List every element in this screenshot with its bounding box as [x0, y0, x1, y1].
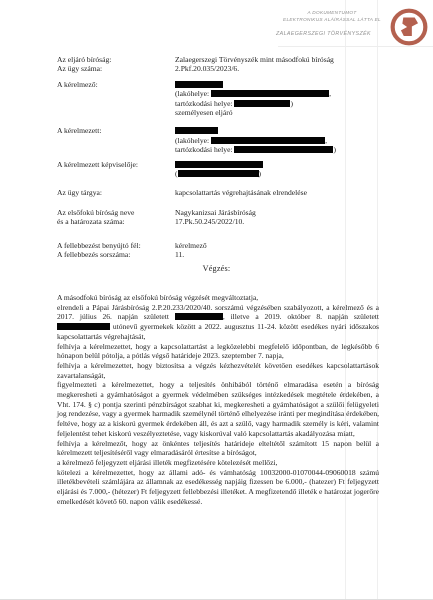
field-label: Az ügy tárgya:	[57, 188, 175, 197]
field-value: tartózkodási helye: )	[175, 145, 385, 154]
stamp-divider	[278, 46, 433, 47]
field-label: A fellebbezést benyújtó fél:	[57, 241, 175, 250]
info-row: A kérelmező:(lakóhelye: ,tartózkodási he…	[57, 80, 385, 118]
redaction-bar	[234, 100, 290, 107]
e-signature-stamp: A DOKUMENTUMOT ELEKTRONIKUS ALÁÍRÁSSAL L…	[276, 8, 428, 46]
decision-body: A másodfokú bíróság az elsőfokú bíróság …	[57, 293, 379, 506]
stamp-text: A DOKUMENTUMOT ELEKTRONIKUS ALÁÍRÁSSAL L…	[276, 8, 388, 38]
redaction-bar	[57, 323, 110, 330]
body-paragraph: felhívja a kérelmezőt, hogy az önkéntes …	[57, 439, 379, 458]
field-label: Az elsőfokú bíróság neve	[57, 208, 175, 217]
field-label: Az eljáró bíróság:	[57, 55, 175, 64]
redaction-bar	[175, 127, 218, 134]
field-label: A kérelmezett:	[57, 126, 175, 135]
field-value: kérelmező	[175, 241, 385, 250]
court-seal-icon	[390, 8, 428, 46]
field-label: Az ügy száma:	[57, 64, 175, 73]
info-row: A fellebbezést benyújtó fél:A fellebbezé…	[57, 241, 385, 260]
scanned-court-document: A DOKUMENTUMOT ELEKTRONIKUS ALÁÍRÁSSAL L…	[0, 0, 433, 600]
field-label: A kérelmező:	[57, 80, 175, 89]
field-value: ()	[175, 169, 385, 178]
body-paragraph: a kérelmező feljegyzett eljárási illeték…	[57, 458, 379, 468]
info-row: A kérelmezett:(lakóhelye: ,tartózkodási …	[57, 126, 385, 154]
field-value	[175, 126, 385, 135]
field-value: (lakóhelye: ,	[175, 136, 385, 145]
body-paragraph: kötelezi a kérelmezettet, hogy az állami…	[57, 468, 379, 507]
info-row: A kérelmezett képviselője:()	[57, 160, 385, 179]
field-value	[175, 160, 385, 169]
decision-title: Végzés:	[0, 264, 433, 273]
body-paragraph: felhívja a kérelmezettet, hogy biztosíts…	[57, 361, 379, 380]
body-paragraph: elrendeli a Pápai Járásbíróság 2.P.20.23…	[57, 303, 379, 342]
field-value: tartózkodási helye: )	[175, 99, 385, 108]
field-value: személyesen eljáró	[175, 108, 385, 117]
redaction-bar	[211, 137, 325, 144]
body-paragraph: felhívja a kérelmezettet, hogy a kapcsol…	[57, 342, 379, 361]
field-value: Zalaegerszegi Törvényszék mint másodfokú…	[175, 55, 385, 64]
body-paragraph: A másodfokú bíróság az elsőfokú bíróság …	[57, 293, 379, 303]
field-value: Nagykanizsai Járásbíróság	[175, 208, 385, 217]
redaction-bar	[211, 90, 329, 97]
field-value: 17.Pk.50.245/2022/10.	[175, 217, 385, 226]
stamp-court-name: ZALAEGERSZEGI TÖRVÉNYSZÉK	[276, 31, 388, 38]
field-label: A kérelmezett képviselője:	[57, 160, 175, 169]
info-row: Az eljáró bíróság:Az ügy száma:Zalaegers…	[57, 55, 385, 74]
field-value: 11.	[175, 250, 385, 259]
case-info: Az eljáró bíróság:Az ügy száma:Zalaegers…	[57, 55, 385, 260]
redaction-bar	[234, 146, 333, 153]
field-value: 2.Pkf.20.035/2023/6.	[175, 64, 385, 73]
redaction-bar	[175, 161, 263, 168]
stamp-line-2: ELEKTRONIKUS ALÁÍRÁSSAL LÁTTA EL	[276, 17, 388, 24]
body-paragraph: figyelmezteti a kérelmezettet, hogy a te…	[57, 380, 379, 438]
field-label: A fellebbezés sorszáma:	[57, 250, 175, 259]
info-row: Az ügy tárgya:kapcsolattartás végrehajtá…	[57, 188, 385, 197]
field-value	[175, 80, 385, 89]
redaction-bar	[175, 81, 223, 88]
field-value: (lakóhelye: ,	[175, 89, 385, 98]
info-row: Az elsőfokú bíróság neveés a határozata …	[57, 208, 385, 227]
redaction-bar	[178, 170, 259, 177]
field-label: és a határozata száma:	[57, 217, 175, 226]
field-value: kapcsolattartás végrehajtásának elrendel…	[175, 188, 385, 197]
redaction-bar	[175, 313, 223, 320]
